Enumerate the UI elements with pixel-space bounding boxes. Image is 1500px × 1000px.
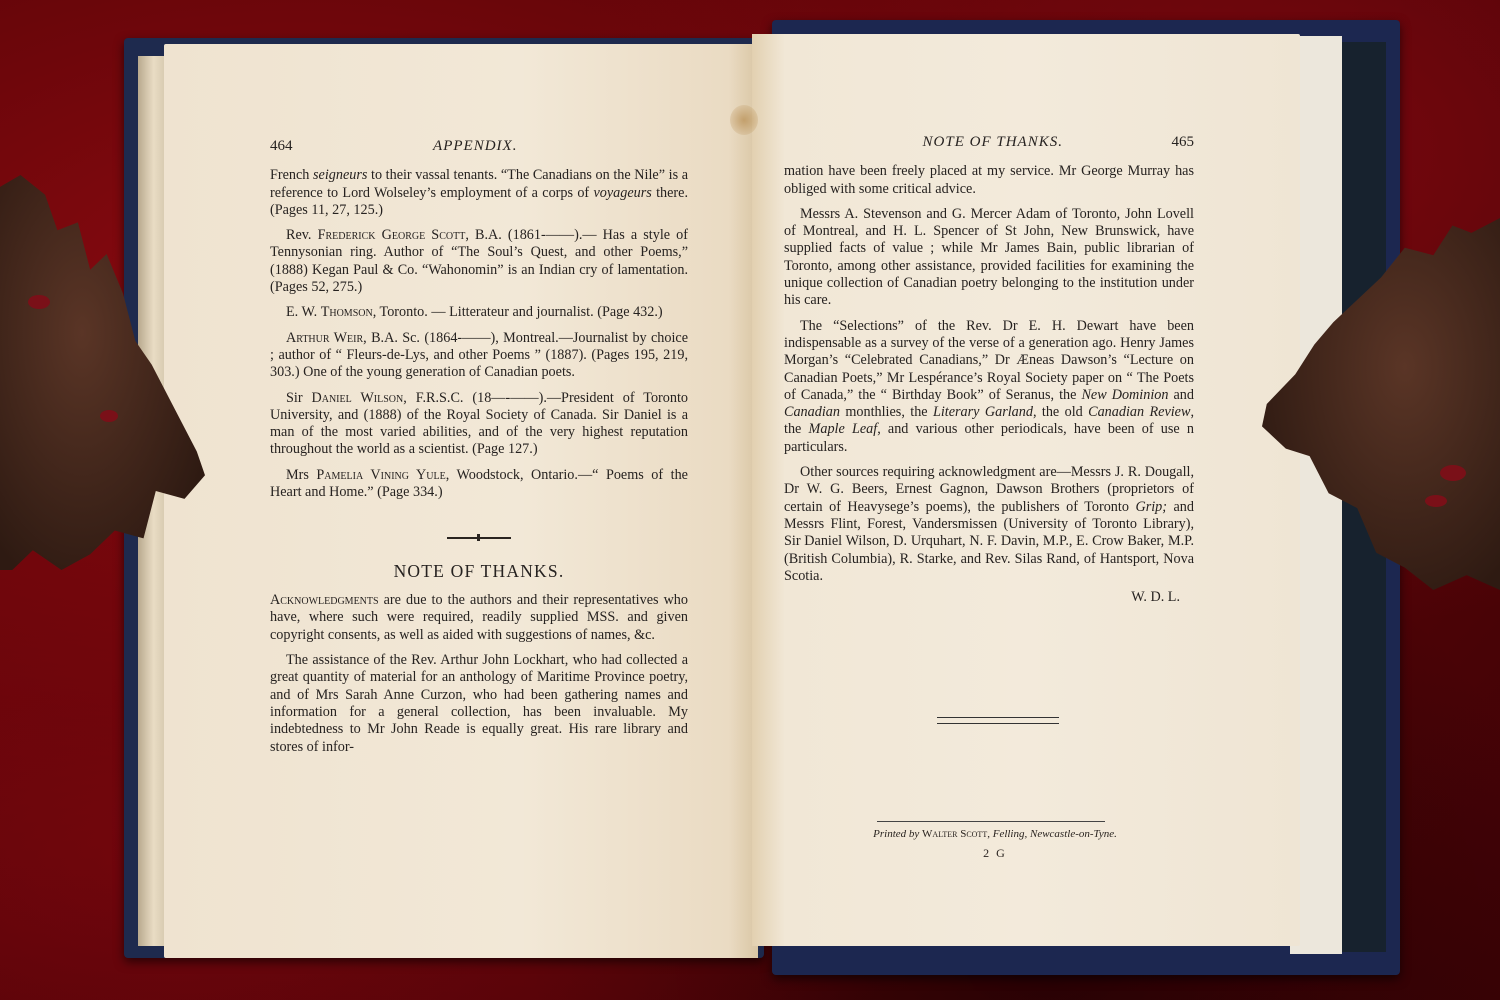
thanks-paragraphs-left: Acknowledgments are due to the authors a…	[270, 592, 688, 756]
left-page-number: 464	[270, 138, 293, 155]
right-page-number: 465	[1172, 134, 1195, 151]
printer-location: Felling, Newcastle-on-Tyne.	[993, 828, 1117, 840]
holder-hole	[1440, 465, 1466, 481]
left-running-title: APPENDIX.	[433, 138, 517, 155]
holder-hole	[28, 295, 50, 309]
paragraph: mation have been freely placed at my ser…	[784, 163, 1194, 198]
right-page-text: NOTE OF THANKS. 465 mation have been fre…	[784, 134, 1194, 606]
printer-name: Walter Scott	[922, 828, 987, 840]
author-initials: W. D. L.	[784, 589, 1194, 606]
paragraph: Rev. Frederick George Scott, B.A. (1861-…	[270, 227, 688, 296]
paragraph: Sir Daniel Wilson, F.R.S.C. (18—-——).—Pr…	[270, 390, 688, 459]
paragraph: The “Selections” of the Rev. Dr E. H. De…	[784, 318, 1194, 456]
paragraph: Mrs Pamelia Vining Yule, Woodstock, Onta…	[270, 467, 688, 502]
right-running-head: NOTE OF THANKS. 465	[784, 134, 1194, 151]
paragraph: The assistance of the Rev. Arthur John L…	[270, 652, 688, 756]
signature-mark: 2 G	[830, 846, 1160, 861]
left-page-text: 464 APPENDIX. French seigneurs to their …	[270, 138, 688, 764]
paper-stain	[730, 105, 758, 135]
holder-hole	[100, 410, 118, 422]
right-running-title: NOTE OF THANKS.	[923, 134, 1063, 151]
left-running-head: 464 APPENDIX.	[270, 138, 688, 155]
printer-imprint: Printed by Walter Scott, Felling, Newcas…	[830, 828, 1160, 840]
paragraph: E. W. Thomson, Toronto. — Litterateur an…	[270, 304, 688, 321]
paragraph: Messrs A. Stevenson and G. Mercer Adam o…	[784, 206, 1194, 310]
section-ornament	[270, 537, 688, 539]
printer-prefix: Printed by	[873, 828, 919, 840]
paragraph: Acknowledgments are due to the authors a…	[270, 592, 688, 644]
printer-rule	[877, 821, 1105, 822]
paragraph: Arthur Weir, B.A. Sc. (1864-——), Montrea…	[270, 330, 688, 382]
end-double-rule	[937, 717, 1059, 724]
paragraph: French seigneurs to their vassal tenants…	[270, 167, 688, 219]
appendix-entries: French seigneurs to their vassal tenants…	[270, 167, 688, 501]
thanks-paragraphs-right: mation have been freely placed at my ser…	[784, 163, 1194, 585]
paragraph: Other sources requiring acknowledgment a…	[784, 464, 1194, 585]
section-title: NOTE OF THANKS.	[270, 563, 688, 580]
holder-hole	[1425, 495, 1447, 507]
